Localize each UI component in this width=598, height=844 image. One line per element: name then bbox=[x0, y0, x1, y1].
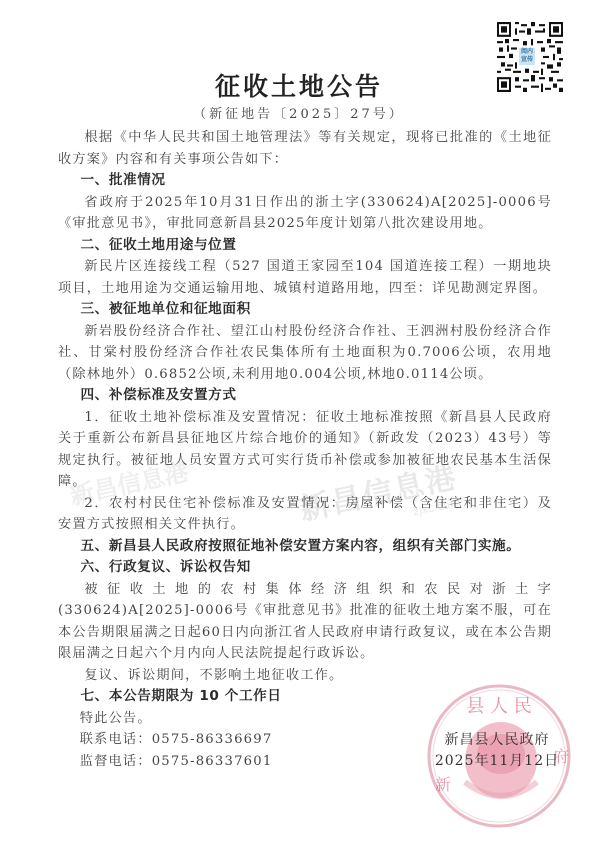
svg-text:新: 新 bbox=[435, 775, 451, 794]
section-1-text: 省政府于2025年10月31日作出的浙土字(330624)A[2025]-000… bbox=[58, 192, 552, 235]
qr-center-label: 阅内宣传 bbox=[519, 48, 535, 65]
section-1-heading: 一、批准情况 bbox=[58, 170, 552, 192]
section-5-heading: 五、新昌县人民政府按照征地补偿安置方案内容，组织有关部门实施。 bbox=[58, 536, 552, 558]
page-title: 征收土地公告 bbox=[0, 67, 598, 103]
section-4-item-2: 2．农村村民住宅补偿标准及安置情况：房屋补偿（含住宅和非住宅）及安置方式按照相关… bbox=[58, 493, 552, 536]
svg-text:县 人 民: 县 人 民 bbox=[466, 696, 531, 717]
section-6-text: 被征收土地的农村集体经济组织和农民对浙土字(330624)A[2025]-000… bbox=[58, 579, 552, 665]
section-3-text: 新岩股份经济合作社、望江山村股份经济合作社、王泗洲村股份经济合作社、甘棠村股份经… bbox=[58, 321, 552, 386]
notice-body: 根据《中华人民共和国土地管理法》等有关规定，现将已批准的《土地征收方案》内容和有… bbox=[58, 127, 552, 772]
signature-block: 新昌县人民政府 2025年11月12日 bbox=[422, 730, 572, 772]
section-6-heading: 六、行政复议、诉讼权告知 bbox=[58, 557, 552, 579]
section-2-text: 新民片区连接线工程（527 国道王家园至104 国道连接工程）一期地块项目，土地… bbox=[58, 256, 552, 299]
section-4-item-1: 1．征收土地补偿标准及安置情况：征收土地标准按照《新昌县人民政府关于重新公布新昌… bbox=[58, 407, 552, 493]
section-3-heading: 三、被征地单位和征地面积 bbox=[58, 299, 552, 321]
document-number: （新征地告〔2025〕27号） bbox=[0, 103, 598, 122]
issue-date: 2025年11月12日 bbox=[422, 751, 572, 772]
issuer-name: 新昌县人民政府 bbox=[422, 730, 572, 751]
intro-paragraph: 根据《中华人民共和国土地管理法》等有关规定，现将已批准的《土地征收方案》内容和有… bbox=[58, 127, 552, 170]
section-4-heading: 四、补偿标准及安置方式 bbox=[58, 385, 552, 407]
section-2-heading: 二、征收土地用途与位置 bbox=[58, 235, 552, 257]
